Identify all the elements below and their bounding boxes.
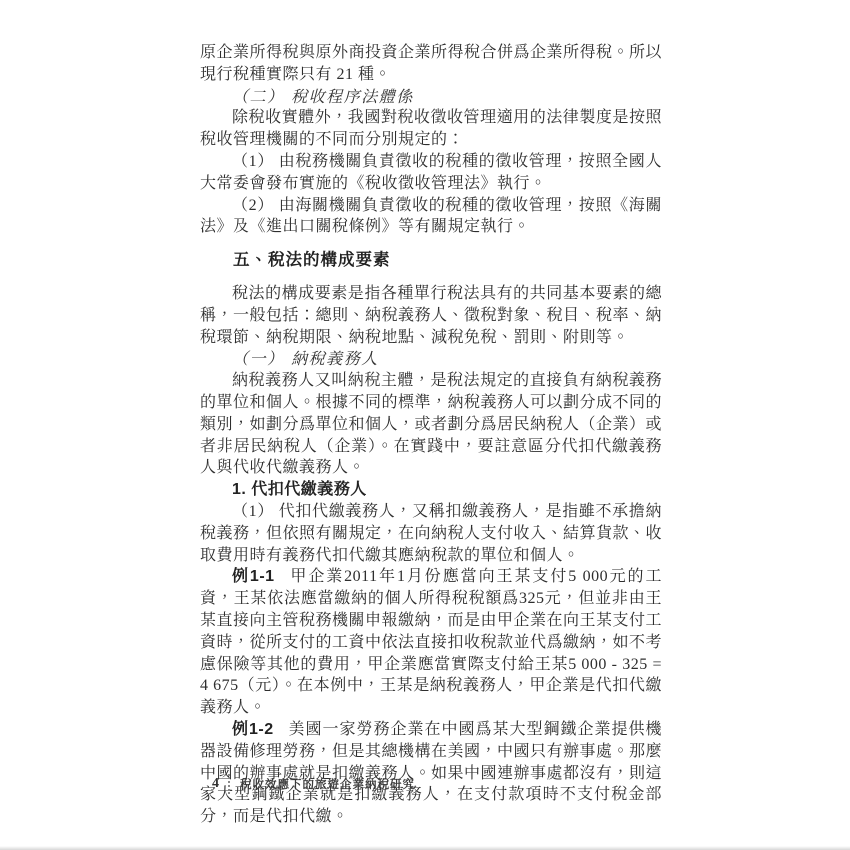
paragraph: 稅法的構成要素是指各種單行稅法具有的共同基本要素的總稱，一般包括：總則、納稅義務… xyxy=(200,283,662,348)
scan-edge-shadow xyxy=(0,846,850,850)
list-paragraph-1: （1） 由稅務機關負責徵收的稅種的徵收管理，按照全國人大常委會發布實施的《稅收徵… xyxy=(200,151,662,195)
page-number: 4 xyxy=(212,776,219,792)
example-text: 甲企業2011年1月份應當向王某支付5 000元的工資，王某依法應當繳納的個人所… xyxy=(200,568,662,716)
page-footer: 4 稅收效應下的旅遊企業納稅研究 xyxy=(212,774,415,794)
list-paragraph-2: （2） 由海關機關負責徵收的稅種的徵收管理，按照《海關法》及《進出口關稅條例》等… xyxy=(200,195,662,239)
subsection-heading-2: （二） 稅收程序法體係 xyxy=(200,86,662,108)
paragraph: 除稅收實體外，我國對稅收徵收管理適用的法律製度是按照稅收管理機關的不同而分別規定… xyxy=(200,107,662,151)
paragraph: （1） 代扣代繳義務人，又稱扣繳義務人，是指雖不承擔納稅義務，但依照有關規定，在… xyxy=(200,501,662,566)
book-title: 稅收效應下的旅遊企業納稅研究 xyxy=(240,776,415,792)
subsection-heading-1: （一） 納稅義務人 xyxy=(200,348,662,370)
footer-dotted-divider xyxy=(228,774,230,794)
numbered-heading: 1. 代扣代繳義務人 xyxy=(200,479,662,501)
section-heading: 五、稅法的構成要素 xyxy=(200,250,662,272)
example-label: 例1-1 xyxy=(232,568,275,585)
paragraph-continuation: 原企業所得稅與原外商投資企業所得稅合併爲企業所得稅。所以現行稅種實際只有 21 … xyxy=(200,42,662,86)
page-body: 原企業所得稅與原外商投資企業所得稅合併爲企業所得稅。所以現行稅種實際只有 21 … xyxy=(200,42,662,828)
example-label: 例1-2 xyxy=(232,721,274,738)
book-page: 原企業所得稅與原外商投資企業所得稅合併爲企業所得稅。所以現行稅種實際只有 21 … xyxy=(0,0,850,850)
paragraph: 納稅義務人又叫納稅主體，是稅法規定的直接負有納稅義務的單位和個人。根據不同的標準… xyxy=(200,370,662,479)
example-paragraph-1-1: 例1-1甲企業2011年1月份應當向王某支付5 000元的工資，王某依法應當繳納… xyxy=(200,566,662,719)
